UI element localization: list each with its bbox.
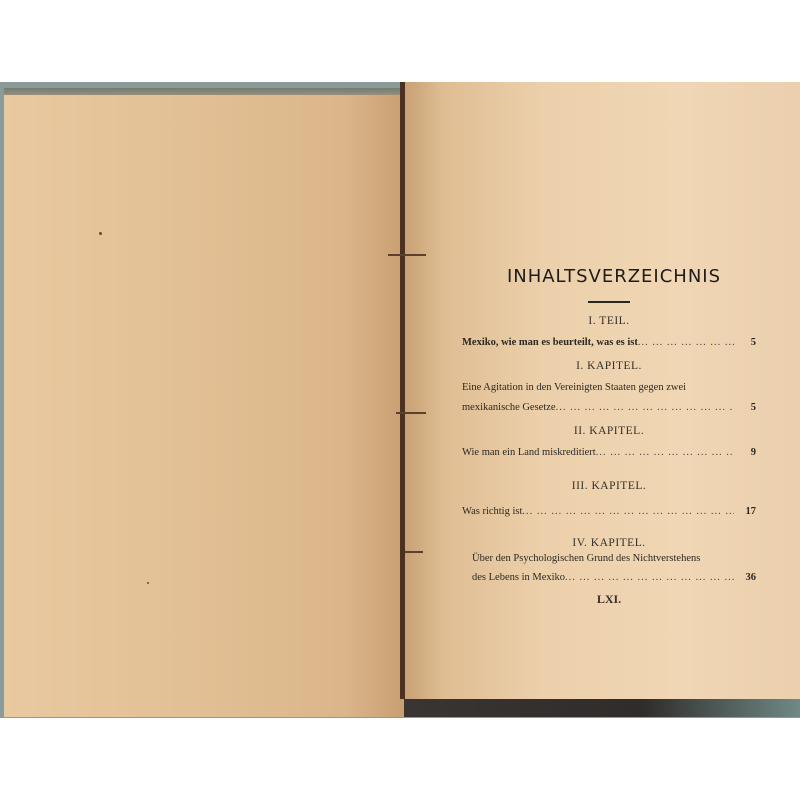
scan-bottom-edge bbox=[404, 699, 800, 717]
toc-entry-line: Eine Agitation in den Vereinigten Staate… bbox=[462, 382, 756, 393]
toc-entry-line: Über den Psychologischen Grund des Nicht… bbox=[462, 553, 756, 564]
toc-entry: des Lebens in Mexiko36 bbox=[462, 572, 756, 583]
page-number: 36 bbox=[734, 572, 756, 583]
toc-title: INHALTSVERZEICHNIS bbox=[472, 266, 756, 287]
page-number: 9 bbox=[734, 447, 756, 458]
part-heading: I. TEIL. bbox=[462, 315, 756, 327]
page-number: 17 bbox=[734, 506, 756, 517]
page-number: 5 bbox=[734, 337, 756, 348]
toc-entry: Mexiko, wie man es beurteilt, was es ist… bbox=[462, 337, 756, 348]
left-page-blank bbox=[4, 95, 404, 717]
chapter-heading: I. KAPITEL. bbox=[462, 360, 756, 372]
title-divider bbox=[588, 301, 630, 303]
table-of-contents: INHALTSVERZEICHNIS I. TEIL. Mexiko, wie … bbox=[462, 266, 756, 607]
page-number: 5 bbox=[734, 402, 756, 413]
chapter-heading: IV. KAPITEL. bbox=[462, 537, 756, 549]
toc-entry: mexikanische Gesetze5 bbox=[462, 402, 756, 413]
chapter-heading: III. KAPITEL. bbox=[462, 480, 756, 492]
chapter-heading: II. KAPITEL. bbox=[462, 425, 756, 437]
paper-spot bbox=[99, 232, 102, 235]
toc-entry: Wie man ein Land miskreditiert9 bbox=[462, 447, 756, 458]
book-gutter bbox=[400, 82, 405, 699]
binding-stitch bbox=[405, 551, 423, 553]
binding-stitch bbox=[396, 412, 426, 414]
signature-mark: LXI. bbox=[462, 592, 756, 607]
paper-spot bbox=[147, 582, 149, 584]
toc-entry: Was richtig ist17 bbox=[462, 506, 756, 517]
binding-stitch bbox=[388, 254, 426, 256]
